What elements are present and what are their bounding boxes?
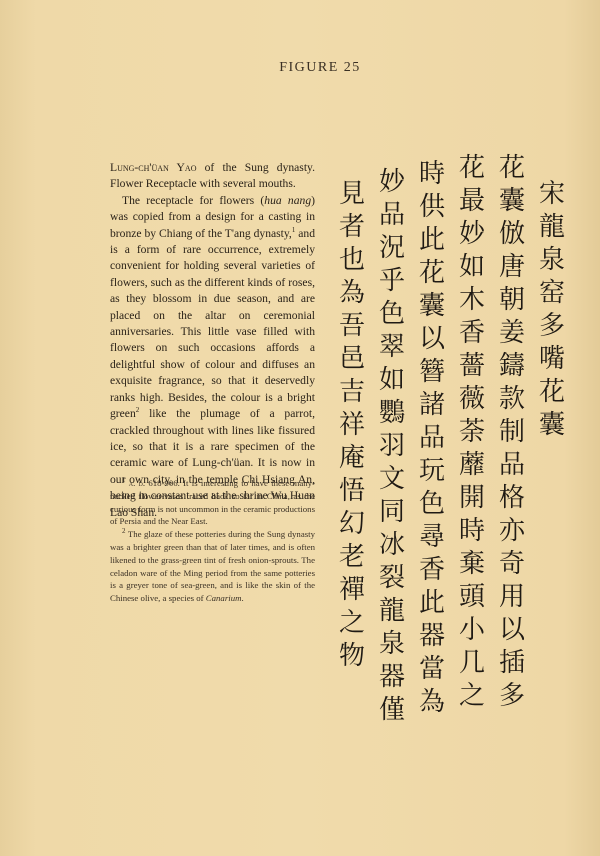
chinese-character: 頭 — [459, 581, 485, 614]
body-paragraph: The receptacle for flowers (hua nang) wa… — [110, 193, 315, 521]
chinese-character: 器 — [379, 661, 405, 694]
chinese-character: 龍 — [539, 211, 565, 244]
chinese-character: 之 — [339, 607, 365, 640]
footnote-marker: 1 — [122, 476, 126, 484]
chinese-character: 者 — [339, 211, 365, 244]
chinese-character: 朝 — [499, 284, 525, 317]
chinese-character: 物 — [339, 640, 365, 673]
chinese-character: 唐 — [499, 251, 525, 284]
footnote-italic-term: Canarium — [206, 593, 242, 603]
chinese-character: 蘼 — [459, 449, 485, 482]
chinese-character: 棄 — [459, 548, 485, 581]
chinese-character: 僅 — [379, 694, 405, 727]
chinese-character: 木 — [459, 284, 485, 317]
chinese-character: 尋 — [419, 521, 445, 554]
chinese-character: 玩 — [419, 455, 445, 488]
chinese-character: 悟 — [339, 475, 365, 508]
chinese-character: 鑄 — [499, 350, 525, 383]
chinese-character: 花 — [499, 152, 525, 185]
chinese-character: 以 — [499, 614, 525, 647]
chinese-character: 用 — [499, 581, 525, 614]
chinese-character: 開 — [459, 482, 485, 515]
caption: Lung-ch'üan Yao of the Sung dynasty. Flo… — [110, 160, 315, 193]
chinese-character: 如 — [379, 364, 405, 397]
chinese-character: 邑 — [339, 343, 365, 376]
chinese-character: 諸 — [419, 389, 445, 422]
chinese-character: 文 — [379, 463, 405, 496]
chinese-character: 色 — [419, 488, 445, 521]
chinese-character: 奇 — [499, 548, 525, 581]
chinese-character: 格 — [499, 482, 525, 515]
chinese-character: 妙 — [379, 166, 405, 199]
chinese-character: 當 — [419, 653, 445, 686]
chinese-column-1: 宋龍泉窑多嘴花囊 — [532, 152, 572, 632]
chinese-character: 花 — [539, 376, 565, 409]
chinese-character: 色 — [379, 298, 405, 331]
chinese-character: 簪 — [419, 356, 445, 389]
chinese-character: 囊 — [539, 409, 565, 442]
chinese-character: 為 — [339, 277, 365, 310]
chinese-character: 冰 — [379, 529, 405, 562]
chinese-character: 裂 — [379, 562, 405, 595]
chinese-character: 薔 — [459, 350, 485, 383]
chinese-character: 款 — [499, 383, 525, 416]
chinese-character: 囊 — [499, 185, 525, 218]
chinese-character: 羽 — [379, 430, 405, 463]
chinese-character: 龍 — [379, 595, 405, 628]
chinese-character: 多 — [539, 310, 565, 343]
chinese-character: 幻 — [339, 508, 365, 541]
chinese-character: 品 — [379, 199, 405, 232]
chinese-character: 時 — [459, 515, 485, 548]
chinese-character: 几 — [459, 647, 485, 680]
chinese-character: 翠 — [379, 331, 405, 364]
chinese-character: 荼 — [459, 416, 485, 449]
body-italic-term: hua nang — [264, 194, 311, 207]
chinese-character: 供 — [419, 191, 445, 224]
chinese-character: 姜 — [499, 317, 525, 350]
chinese-character: 乎 — [379, 265, 405, 298]
chinese-character: 器 — [419, 620, 445, 653]
figure-title: FIGURE 25 — [0, 60, 600, 76]
chinese-character: 香 — [459, 317, 485, 350]
chinese-character: 品 — [499, 449, 525, 482]
chinese-character: 吉 — [339, 376, 365, 409]
chinese-column-6: 見者也為吾邑吉祥庵悟幻老禪之物 — [332, 152, 372, 632]
body-text-c: and is a form of rare occurrence, extrem… — [110, 227, 315, 420]
chinese-character: 制 — [499, 416, 525, 449]
body-text-a: The receptacle for flowers ( — [122, 194, 264, 207]
chinese-character: 倣 — [499, 218, 525, 251]
chinese-character: 同 — [379, 496, 405, 529]
caption-ware-name: Lung-ch'üan Yao — [110, 161, 196, 174]
chinese-character: 多 — [499, 680, 525, 713]
footnotes: 1 a. d. 618-906. It is interesting to ha… — [110, 477, 315, 605]
chinese-character: 亦 — [499, 515, 525, 548]
chinese-text-block: 宋龍泉窑多嘴花囊 花囊倣唐朝姜鑄款制品格亦奇用以插多 花最妙如木香薔薇荼蘼開時棄… — [332, 152, 572, 632]
chinese-character: 庵 — [339, 442, 365, 475]
footnote-era: a. d. — [129, 478, 145, 488]
chinese-character: 插 — [499, 647, 525, 680]
chinese-character: 如 — [459, 251, 485, 284]
chinese-character: 以 — [419, 323, 445, 356]
chinese-character: 最 — [459, 185, 485, 218]
chinese-character: 時 — [419, 158, 445, 191]
chinese-character: 泉 — [539, 244, 565, 277]
chinese-character: 吾 — [339, 310, 365, 343]
chinese-character: 此 — [419, 587, 445, 620]
chinese-character: 祥 — [339, 409, 365, 442]
chinese-character: 宋 — [539, 178, 565, 211]
footnote-end: . — [241, 593, 243, 603]
chinese-character: 老 — [339, 541, 365, 574]
chinese-character: 禪 — [339, 574, 365, 607]
chinese-character: 此 — [419, 224, 445, 257]
chinese-column-5: 妙品況乎色翠如鸚羽文同冰裂龍泉器僅 — [372, 152, 412, 632]
chinese-character: 鸚 — [379, 397, 405, 430]
chinese-character: 品 — [419, 422, 445, 455]
english-description: Lung-ch'üan Yao of the Sung dynasty. Flo… — [110, 160, 315, 521]
chinese-character: 薇 — [459, 383, 485, 416]
chinese-column-3: 花最妙如木香薔薇荼蘼開時棄頭小几之 — [452, 152, 492, 632]
chinese-character: 嘴 — [539, 343, 565, 376]
chinese-column-4: 時供此花囊以簪諸品玩色尋香此器當為 — [412, 152, 452, 632]
chinese-character: 泉 — [379, 628, 405, 661]
chinese-character: 之 — [459, 680, 485, 713]
chinese-character: 花 — [459, 152, 485, 185]
footnote-2: 2 The glaze of these potteries during th… — [110, 528, 315, 605]
chinese-character: 妙 — [459, 218, 485, 251]
chinese-character: 窑 — [539, 277, 565, 310]
chinese-character: 囊 — [419, 290, 445, 323]
chinese-character: 花 — [419, 257, 445, 290]
chinese-column-2: 花囊倣唐朝姜鑄款制品格亦奇用以插多 — [492, 152, 532, 632]
footnote-1: 1 a. d. 618-906. It is interesting to ha… — [110, 477, 315, 528]
chinese-character: 況 — [379, 232, 405, 265]
chinese-character: 為 — [419, 686, 445, 719]
chinese-character: 香 — [419, 554, 445, 587]
chinese-character: 見 — [339, 178, 365, 211]
chinese-character: 小 — [459, 614, 485, 647]
chinese-character: 也 — [339, 244, 365, 277]
